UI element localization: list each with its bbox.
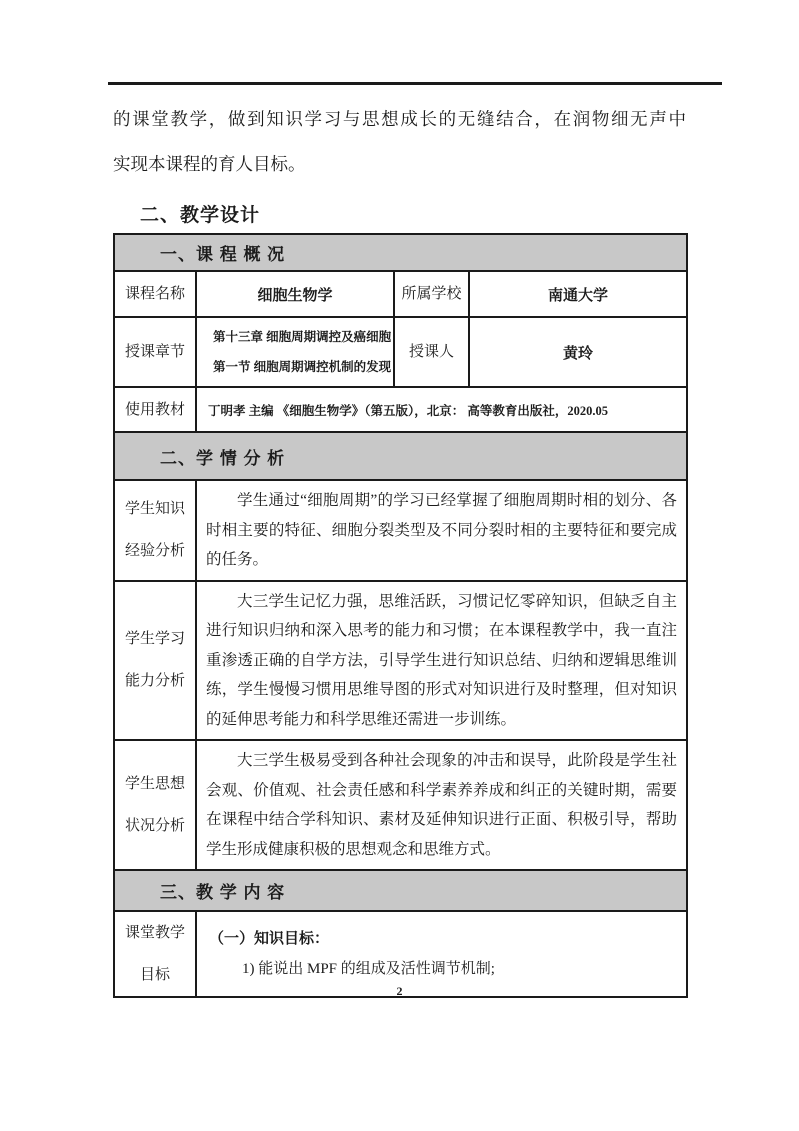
table-row-ideology-analysis: 学生思想 状况分析 大三学生极易受到各种社会现象的冲击和误导，此阶段是学生社会观… [114, 740, 687, 870]
ideology-analysis-label-line-2: 状况分析 [125, 817, 185, 834]
knowledge-analysis-text: 学生通过“细胞周期”的学习已经掌握了细胞周期时相的划分、各时相主要的特征、细胞分… [196, 480, 687, 581]
school-label: 所属学校 [394, 271, 469, 317]
material-label: 使用教材 [114, 387, 196, 432]
ideology-analysis-paragraph: 大三学生极易受到各种社会现象的冲击和误导，此阶段是学生社会观、价值观、社会责任感… [206, 746, 677, 864]
material-value: 丁明孝 主编 《细胞生物学》（第五版），北京： 高等教育出版社，2020.05 [196, 387, 687, 432]
school-value: 南通大学 [469, 271, 687, 317]
chapter-label: 授课章节 [114, 317, 196, 387]
knowledge-analysis-label: 学生知识 经验分析 [114, 480, 196, 581]
ability-analysis-text: 大三学生记忆力强，思维活跃，习惯记忆零碎知识，但缺乏自主进行知识归纳和深入思考的… [196, 581, 687, 741]
section-header-course-overview: 一、课 程 概 况 [114, 234, 687, 271]
knowledge-analysis-label-line-1: 学生知识 [125, 500, 185, 517]
intro-line-2: 实现本课程的育人目标。 [113, 142, 686, 187]
table-row-course-name: 课程名称 细胞生物学 所属学校 南通大学 [114, 271, 687, 317]
ideology-analysis-text: 大三学生极易受到各种社会现象的冲击和误导，此阶段是学生社会观、价值观、社会责任感… [196, 740, 687, 870]
knowledge-analysis-label-line-2: 经验分析 [125, 542, 185, 559]
lesson-plan-table: 一、课 程 概 况 课程名称 细胞生物学 所属学校 南通大学 授课章节 第十三章… [113, 233, 688, 998]
teaching-goals-label-line-2: 目标 [140, 966, 170, 983]
teaching-goals-label-line-1: 课堂教学 [125, 924, 185, 941]
section-header-teaching-content: 三、教 学 内 容 [114, 870, 687, 911]
page-heading: 二、教学设计 [140, 200, 260, 227]
ability-analysis-label-line-2: 能力分析 [125, 672, 185, 689]
intro-paragraph: 的课堂教学，做到知识学习与思想成长的无缝结合，在润物细无声中 实现本课程的育人目… [113, 97, 686, 187]
section-title-teaching-content: 三、教 学 内 容 [114, 870, 687, 911]
table-row-material: 使用教材 丁明孝 主编 《细胞生物学》（第五版），北京： 高等教育出版社，202… [114, 387, 687, 432]
knowledge-analysis-paragraph: 学生通过“细胞周期”的学习已经掌握了细胞周期时相的划分、各时相主要的特征、细胞分… [206, 486, 677, 575]
lecturer-label: 授课人 [394, 317, 469, 387]
table-row-chapter: 授课章节 第十三章 细胞周期调控及癌细胞 第一节 细胞周期调控机制的发现 授课人… [114, 317, 687, 387]
chapter-line-2: 第一节 细胞周期调控机制的发现 [213, 352, 393, 382]
table-row-ability-analysis: 学生学习 能力分析 大三学生记忆力强，思维活跃，习惯记忆零碎知识，但缺乏自主进行… [114, 581, 687, 741]
table-row-knowledge-analysis: 学生知识 经验分析 学生通过“细胞周期”的学习已经掌握了细胞周期时相的划分、各时… [114, 480, 687, 581]
lecturer-value: 黄玲 [469, 317, 687, 387]
course-name-label: 课程名称 [114, 271, 196, 317]
section-title-course-overview: 一、课 程 概 况 [114, 234, 687, 271]
header-rule [108, 82, 722, 85]
ideology-analysis-label-line-1: 学生思想 [125, 775, 185, 792]
course-name-value: 细胞生物学 [196, 271, 394, 317]
chapter-value: 第十三章 细胞周期调控及癌细胞 第一节 细胞周期调控机制的发现 [196, 317, 394, 387]
intro-line-1: 的课堂教学，做到知识学习与思想成长的无缝结合，在润物细无声中 [113, 97, 686, 142]
section-header-learner-analysis: 二、学 情 分 析 [114, 432, 687, 480]
page-number: 2 [0, 984, 799, 999]
knowledge-goal-heading: （一）知识目标： [209, 924, 686, 954]
ability-analysis-label-line-1: 学生学习 [125, 630, 185, 647]
ability-analysis-label: 学生学习 能力分析 [114, 581, 196, 741]
knowledge-goal-item-1: 1) 能说出 MPF 的组成及活性调节机制; [209, 954, 686, 984]
ability-analysis-paragraph: 大三学生记忆力强，思维活跃，习惯记忆零碎知识，但缺乏自主进行知识归纳和深入思考的… [206, 587, 677, 735]
section-title-learner-analysis: 二、学 情 分 析 [114, 432, 687, 480]
ideology-analysis-label: 学生思想 状况分析 [114, 740, 196, 870]
chapter-line-1: 第十三章 细胞周期调控及癌细胞 [213, 322, 393, 352]
